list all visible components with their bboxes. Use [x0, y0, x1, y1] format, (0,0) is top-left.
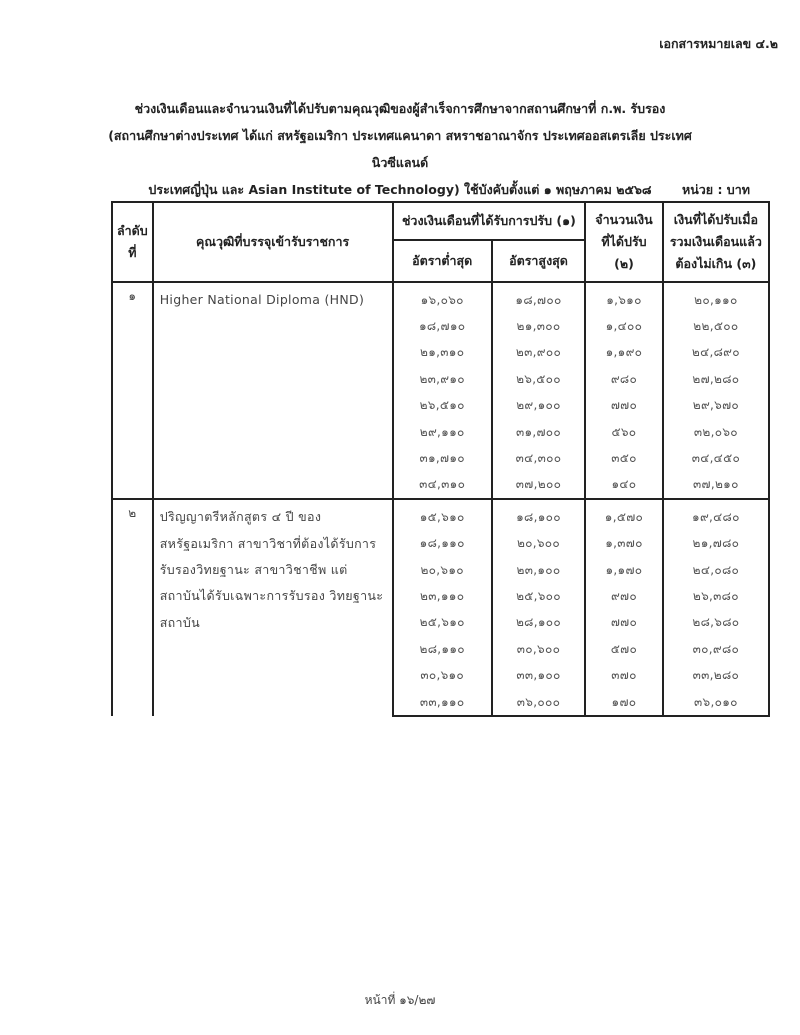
max-rate-cell: ๓๑,๗๐๐ — [492, 419, 585, 445]
min-rate-cell: ๓๑,๗๑๐ — [393, 445, 492, 471]
min-rate-cell: ๓๔,๓๑๐ — [393, 472, 492, 499]
max-rate-cell: ๓๓,๑๐๐ — [492, 662, 585, 688]
header-qualification: คุณวุฒิที่บรรจุเข้ารับราชการ — [153, 202, 393, 282]
document-number: เอกสารหมายเลข ๔.๒ — [659, 34, 778, 54]
max-rate-cell: ๒๓,๙๐๐ — [492, 340, 585, 366]
cap-amount-cell: ๓๔,๔๕๐ — [663, 445, 769, 471]
page-number: หน้าที่ ๑๖/๒๗ — [0, 991, 800, 1010]
min-rate-cell: ๑๕,๖๑๐ — [393, 499, 492, 530]
unit-label: หน่วย : บาท — [682, 180, 750, 200]
max-rate-cell: ๒๑,๓๐๐ — [492, 313, 585, 339]
max-rate-cell: ๓๖,๐๐๐ — [492, 689, 585, 716]
table-row: ๑Higher National Diploma (HND)๑๖,๐๖๐๑๘,๗… — [112, 282, 769, 313]
cap-amount-cell: ๓๗,๒๑๐ — [663, 472, 769, 499]
header-cap: เงินที่ได้ปรับเมื่อ รวมเงินเดือนแล้ว ต้อ… — [663, 202, 769, 282]
min-rate-cell: ๑๘,๗๑๐ — [393, 313, 492, 339]
cap-amount-cell: ๒๔,๐๘๐ — [663, 557, 769, 583]
cap-amount-cell: ๒๙,๖๗๐ — [663, 393, 769, 419]
adjust-amount-cell: ๑,๓๗๐ — [585, 531, 663, 557]
max-rate-cell: ๓๐,๖๐๐ — [492, 636, 585, 662]
adjust-amount-cell: ๕๖๐ — [585, 419, 663, 445]
adjust-amount-cell: ๙๘๐ — [585, 366, 663, 392]
cap-amount-cell: ๒๒,๕๐๐ — [663, 313, 769, 339]
adjust-amount-cell: ๓๕๐ — [585, 445, 663, 471]
adjust-amount-cell: ๙๗๐ — [585, 583, 663, 609]
cap-amount-cell: ๒๐,๑๑๐ — [663, 282, 769, 313]
min-rate-cell: ๒๑,๓๑๐ — [393, 340, 492, 366]
max-rate-cell: ๓๗,๒๐๐ — [492, 472, 585, 499]
header-salary-range: ช่วงเงินเดือนที่ได้รับการปรับ (๑) — [393, 202, 586, 240]
header-max: อัตราสูงสุด — [492, 240, 585, 282]
min-rate-cell: ๓๓,๑๑๐ — [393, 689, 492, 716]
max-rate-cell: ๒๖,๕๐๐ — [492, 366, 585, 392]
adjust-amount-cell: ๑๔๐ — [585, 472, 663, 499]
salary-table: ลำดับ ที่ คุณวุฒิที่บรรจุเข้ารับราชการ ช… — [111, 201, 770, 717]
title-line-1: ช่วงเงินเดือนและจำนวนเงินที่ได้ปรับตามคุ… — [90, 95, 710, 122]
max-rate-cell: ๒๕,๖๐๐ — [492, 583, 585, 609]
min-rate-cell: ๑๘,๑๑๐ — [393, 531, 492, 557]
row-number: ๑ — [112, 282, 153, 499]
adjust-amount-cell: ๗๗๐ — [585, 393, 663, 419]
max-rate-cell: ๑๘,๑๐๐ — [492, 499, 585, 530]
min-rate-cell: ๒๓,๑๑๐ — [393, 583, 492, 609]
header-min: อัตราต่ำสุด — [393, 240, 492, 282]
cap-amount-cell: ๓๖,๐๑๐ — [663, 689, 769, 716]
min-rate-cell: ๒๙,๑๑๐ — [393, 419, 492, 445]
adjust-amount-cell: ๑,๑๙๐ — [585, 340, 663, 366]
document-title: ช่วงเงินเดือนและจำนวนเงินที่ได้ปรับตามคุ… — [90, 95, 710, 203]
adjust-amount-cell: ๓๗๐ — [585, 662, 663, 688]
adjust-amount-cell: ๕๗๐ — [585, 636, 663, 662]
max-rate-cell: ๒๐,๖๐๐ — [492, 531, 585, 557]
cap-amount-cell: ๓๐,๙๘๐ — [663, 636, 769, 662]
adjust-amount-cell: ๑,๔๐๐ — [585, 313, 663, 339]
max-rate-cell: ๓๔,๓๐๐ — [492, 445, 585, 471]
adjust-amount-cell: ๗๗๐ — [585, 610, 663, 636]
min-rate-cell: ๓๐,๖๑๐ — [393, 662, 492, 688]
min-rate-cell: ๒๖,๕๑๐ — [393, 393, 492, 419]
header-adjust-amount: จำนวนเงิน ที่ได้ปรับ (๒) — [585, 202, 663, 282]
cap-amount-cell: ๒๗,๒๘๐ — [663, 366, 769, 392]
min-rate-cell: ๒๐,๖๑๐ — [393, 557, 492, 583]
cap-amount-cell: ๒๖,๓๘๐ — [663, 583, 769, 609]
adjust-amount-cell: ๑,๑๗๐ — [585, 557, 663, 583]
max-rate-cell: ๒๙,๑๐๐ — [492, 393, 585, 419]
min-rate-cell: ๒๘,๑๑๐ — [393, 636, 492, 662]
header-no: ลำดับ ที่ — [112, 202, 153, 282]
cap-amount-cell: ๒๘,๖๘๐ — [663, 610, 769, 636]
max-rate-cell: ๒๘,๑๐๐ — [492, 610, 585, 636]
min-rate-cell: ๒๓,๙๑๐ — [393, 366, 492, 392]
title-line-2: (สถานศึกษาต่างประเทศ ได้แก่ สหรัฐอเมริกา… — [90, 122, 710, 176]
table-body: ๑Higher National Diploma (HND)๑๖,๐๖๐๑๘,๗… — [112, 282, 769, 716]
cap-amount-cell: ๓๓,๒๘๐ — [663, 662, 769, 688]
qualification-cell: ปริญญาตรีหลักสูตร ๔ ปี ของสหรัฐอเมริกา ส… — [153, 499, 393, 716]
cap-amount-cell: ๒๑,๗๘๐ — [663, 531, 769, 557]
cap-amount-cell: ๒๔,๘๙๐ — [663, 340, 769, 366]
cap-amount-cell: ๑๙,๔๘๐ — [663, 499, 769, 530]
cap-amount-cell: ๓๒,๐๖๐ — [663, 419, 769, 445]
table-row: ๒ปริญญาตรีหลักสูตร ๔ ปี ของสหรัฐอเมริกา … — [112, 499, 769, 530]
max-rate-cell: ๒๓,๑๐๐ — [492, 557, 585, 583]
min-rate-cell: ๒๕,๖๑๐ — [393, 610, 492, 636]
adjust-amount-cell: ๑,๕๗๐ — [585, 499, 663, 530]
row-number: ๒ — [112, 499, 153, 716]
max-rate-cell: ๑๘,๗๐๐ — [492, 282, 585, 313]
title-line-3: ประเทศญี่ปุ่น และ Asian Institute of Tec… — [90, 176, 710, 203]
qualification-cell: Higher National Diploma (HND) — [153, 282, 393, 499]
adjust-amount-cell: ๑๗๐ — [585, 689, 663, 716]
adjust-amount-cell: ๑,๖๑๐ — [585, 282, 663, 313]
min-rate-cell: ๑๖,๐๖๐ — [393, 282, 492, 313]
